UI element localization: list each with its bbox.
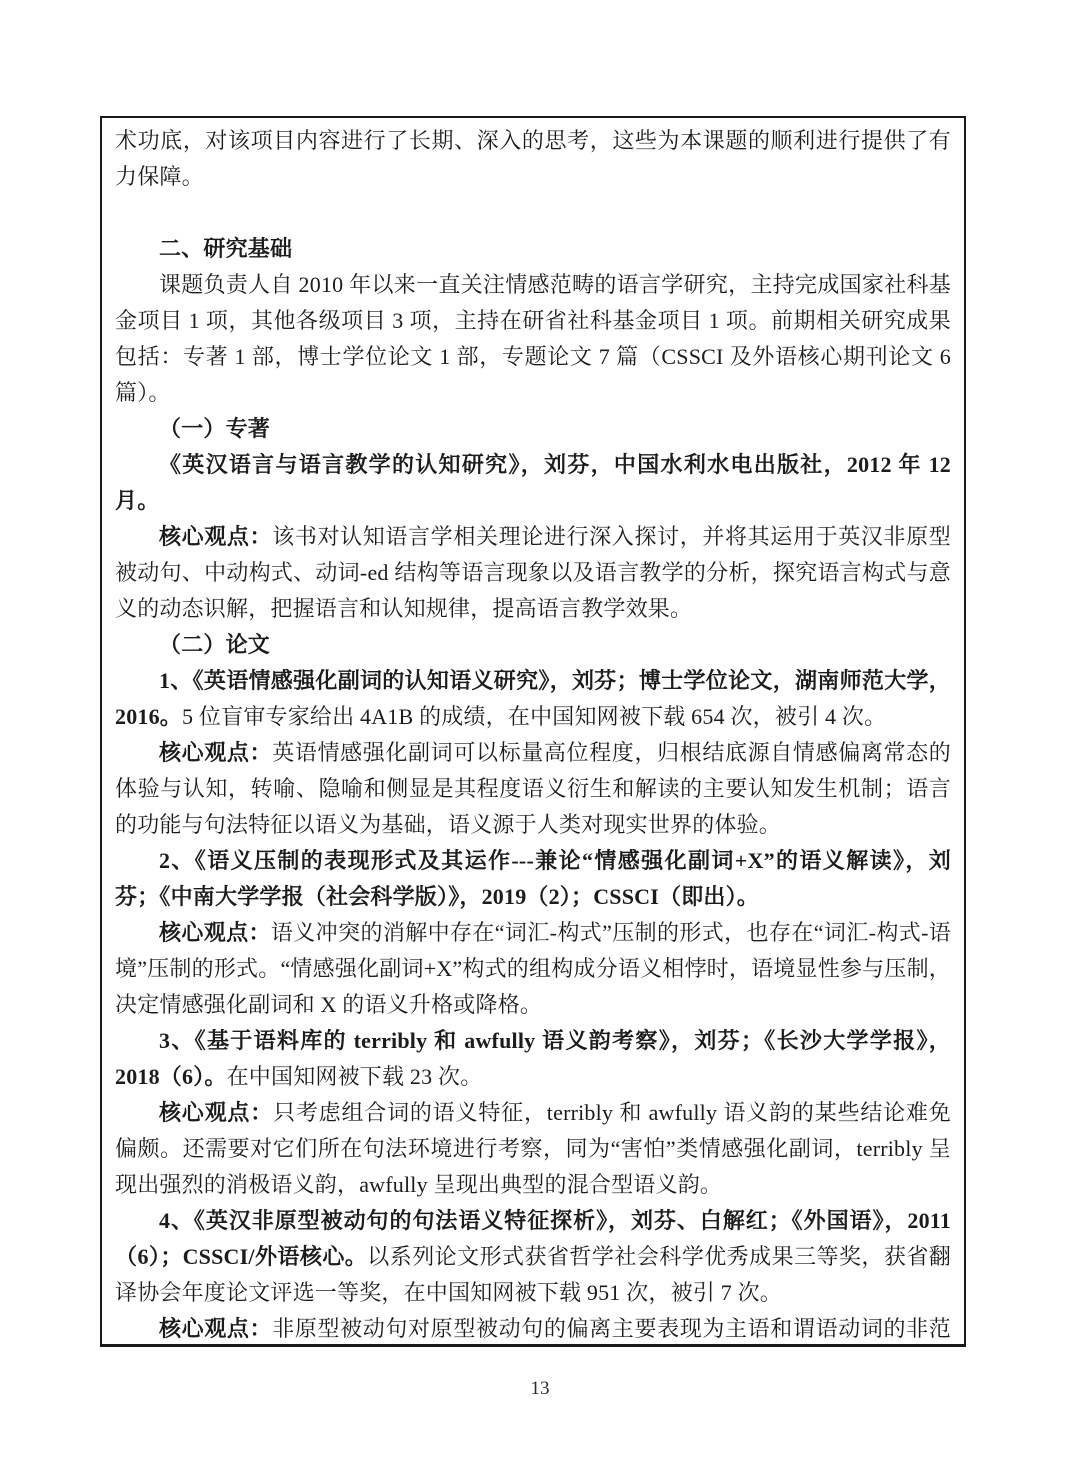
document-page: 术功底，对该项目内容进行了长期、深入的思考，这些为本课题的顺利进行提供了有力保障… bbox=[0, 0, 1080, 1460]
bold-text-run: 核心观点： bbox=[159, 1100, 273, 1125]
text-run: 课题负责人自 2010 年以来一直关注情感范畴的语言学研究，主持完成国家社科基金… bbox=[115, 272, 951, 405]
page-number: 13 bbox=[0, 1378, 1080, 1400]
bold-text-run: 核心观点： bbox=[159, 524, 272, 549]
text-run: 5 位盲审专家给出 4A1B 的成绩，在中国知网被下载 654 次，被引 4 次… bbox=[182, 704, 886, 729]
bold-text-run: 《英汉语言与语言教学的认知研究》，刘芬，中国水利水电出版社，2012 年 12 … bbox=[115, 452, 951, 513]
document-body-text: 术功底，对该项目内容进行了长期、深入的思考，这些为本课题的顺利进行提供了有力保障… bbox=[115, 123, 951, 1347]
paragraph: 核心观点：非原型被动句对原型被动句的偏离主要表现为主语和谓语动词的非范畴化及信息… bbox=[115, 1311, 951, 1347]
form-border-box: 术功底，对该项目内容进行了长期、深入的思考，这些为本课题的顺利进行提供了有力保障… bbox=[100, 116, 966, 1347]
paragraph: 3、《基于语料库的 terribly 和 awfully 语义韵考察》，刘芬；《… bbox=[115, 1023, 951, 1095]
paragraph: 核心观点：英语情感强化副词可以标量高位程度，归根结底源自情感偏离常态的体验与认知… bbox=[115, 735, 951, 843]
text-run: 在中国知网被下载 23 次。 bbox=[227, 1064, 483, 1089]
bold-text-run: （一）专著 bbox=[159, 416, 270, 441]
paragraph: 1、《英语情感强化副词的认知语义研究》，刘芬；博士学位论文，湖南师范大学，201… bbox=[115, 663, 951, 735]
paragraph: 术功底，对该项目内容进行了长期、深入的思考，这些为本课题的顺利进行提供了有力保障… bbox=[115, 123, 951, 195]
paragraph: 课题负责人自 2010 年以来一直关注情感范畴的语言学研究，主持完成国家社科基金… bbox=[115, 267, 951, 411]
paragraph: 《英汉语言与语言教学的认知研究》，刘芬，中国水利水电出版社，2012 年 12 … bbox=[115, 447, 951, 519]
bold-text-run: 核心观点： bbox=[159, 1316, 272, 1341]
text-run: 术功底，对该项目内容进行了长期、深入的思考，这些为本课题的顺利进行提供了有力保障… bbox=[115, 128, 951, 189]
paragraph: （二）论文 bbox=[115, 627, 951, 663]
paragraph: 核心观点：语义冲突的消解中存在“词汇-构式”压制的形式，也存在“词汇-构式-语境… bbox=[115, 915, 951, 1023]
paragraph: 核心观点：该书对认知语言学相关理论进行深入探讨，并将其运用于英汉非原型被动句、中… bbox=[115, 519, 951, 627]
bold-text-run: 核心观点： bbox=[159, 740, 272, 765]
paragraph: 核心观点：只考虑组合词的语义特征，terribly 和 awfully 语义韵的… bbox=[115, 1095, 951, 1203]
bold-text-run: 2、《语义压制的表现形式及其运作---兼论“情感强化副词+X”的语义解读》，刘芬… bbox=[115, 848, 951, 909]
bold-text-run: （二）论文 bbox=[159, 632, 270, 657]
paragraph: （一）专著 bbox=[115, 411, 951, 447]
paragraph: 二、研究基础 bbox=[115, 231, 951, 267]
paragraph: 2、《语义压制的表现形式及其运作---兼论“情感强化副词+X”的语义解读》，刘芬… bbox=[115, 843, 951, 915]
bold-text-run: 核心观点： bbox=[159, 920, 271, 945]
blank-line bbox=[115, 195, 951, 231]
bold-text-run: 二、研究基础 bbox=[159, 236, 292, 261]
paragraph: 4、《英汉非原型被动句的句法语义特征探析》，刘芬、白解红；《外国语》，2011（… bbox=[115, 1203, 951, 1311]
